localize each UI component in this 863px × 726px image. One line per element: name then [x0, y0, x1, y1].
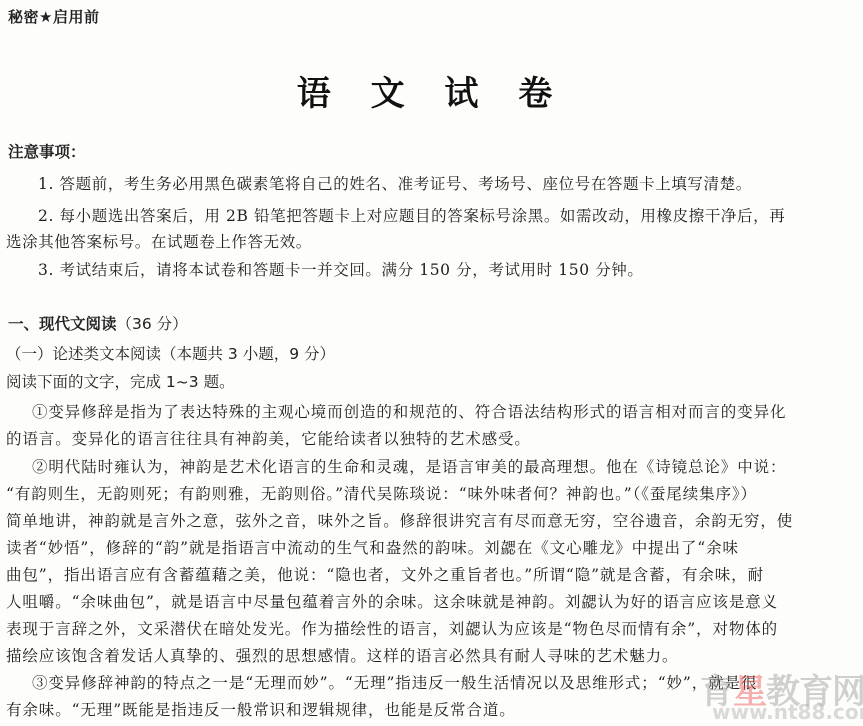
passage-line: 简单地讲，神韵就是言外之意，弦外之音，味外之旨。修辞很讲究言有尽而意无穷，空谷遗… [0, 509, 863, 533]
passage-line: 表现于言辞之外，文采潜伏在暗处发光。作为描绘性的语言，刘勰认为应该是“物色尽而情… [0, 617, 863, 641]
passage-line: 人咀嚼。“余味曲包”，就是语言中尽量包蕴着言外的余味。这余味就是神韵。刘勰认为好… [0, 590, 863, 614]
passage-line: 读者“妙悟”，修辞的“韵”就是指语言中流动的生气和盎然的韵味。刘勰在《文心雕龙》… [0, 536, 863, 560]
notes-heading: 注意事项： [8, 140, 86, 162]
subsection-heading: （一）论述类文本阅读（本题共 3 小题，9 分） [6, 342, 335, 364]
note-line: 2. 每小题选出答案后，用 2B 铅笔把答题卡上对应题目的答案标号涂黑。如需改动… [0, 204, 863, 228]
passage-line: ③变异修辞神韵的特点之一是“无理而妙”。“无理”指违反一般生活情况以及思维形式；… [0, 671, 863, 695]
note-line: 选涂其他答案标号。在试题卷上作答无效。 [0, 230, 863, 254]
passage-line: 曲包”，指出语言应有含蓄蕴藉之美，他说：“隐也者，文外之重旨者也。”所谓“隐”就… [0, 563, 863, 587]
section-heading: 一、现代文阅读（36 分） [8, 312, 188, 334]
passage-line: 的语言。变异化的语言往往具有神韵美，它能给读者以独特的艺术感受。 [0, 427, 863, 451]
passage-line: ②明代陆时雍认为，神韵是艺术化语言的生命和灵魂，是语言审美的最高理想。他在《诗镜… [0, 455, 863, 479]
reading-instruction: 阅读下面的文字，完成 1~3 题。 [6, 370, 235, 392]
passage-line: 描绘应该饱含着发话人真挚的、强烈的思想感情。这样的语言必然具有耐人寻味的艺术魅力… [0, 644, 863, 668]
watermark-url: www.nt88.com [712, 700, 863, 724]
note-line: 3. 考试结束后，请将本试卷和答题卡一并交回。满分 150 分，考试用时 150… [0, 258, 863, 282]
section-title: 一、现代文阅读 [8, 315, 117, 333]
passage-line: ①变异修辞是指为了表达特殊的主观心境而创造的和规范的、符合语法结构形式的语言相对… [0, 400, 863, 424]
section-score: （36 分） [117, 315, 188, 333]
passage-line: “有韵则生，无韵则死；有韵则雅，无韵则俗。”清代吴陈琰说：“味外味者何？神韵也。… [0, 482, 863, 506]
page-title: 语 文 试 卷 [0, 66, 863, 115]
exam-page: 秘密★启用前 语 文 试 卷 注意事项： 1. 答题前，考生务必用黑色碳素笔将自… [0, 0, 863, 726]
classification-label: 秘密★启用前 [8, 6, 99, 27]
note-line: 1. 答题前，考生务必用黑色碳素笔将自己的姓名、准考证号、考场号、座位号在答题卡… [0, 172, 863, 196]
